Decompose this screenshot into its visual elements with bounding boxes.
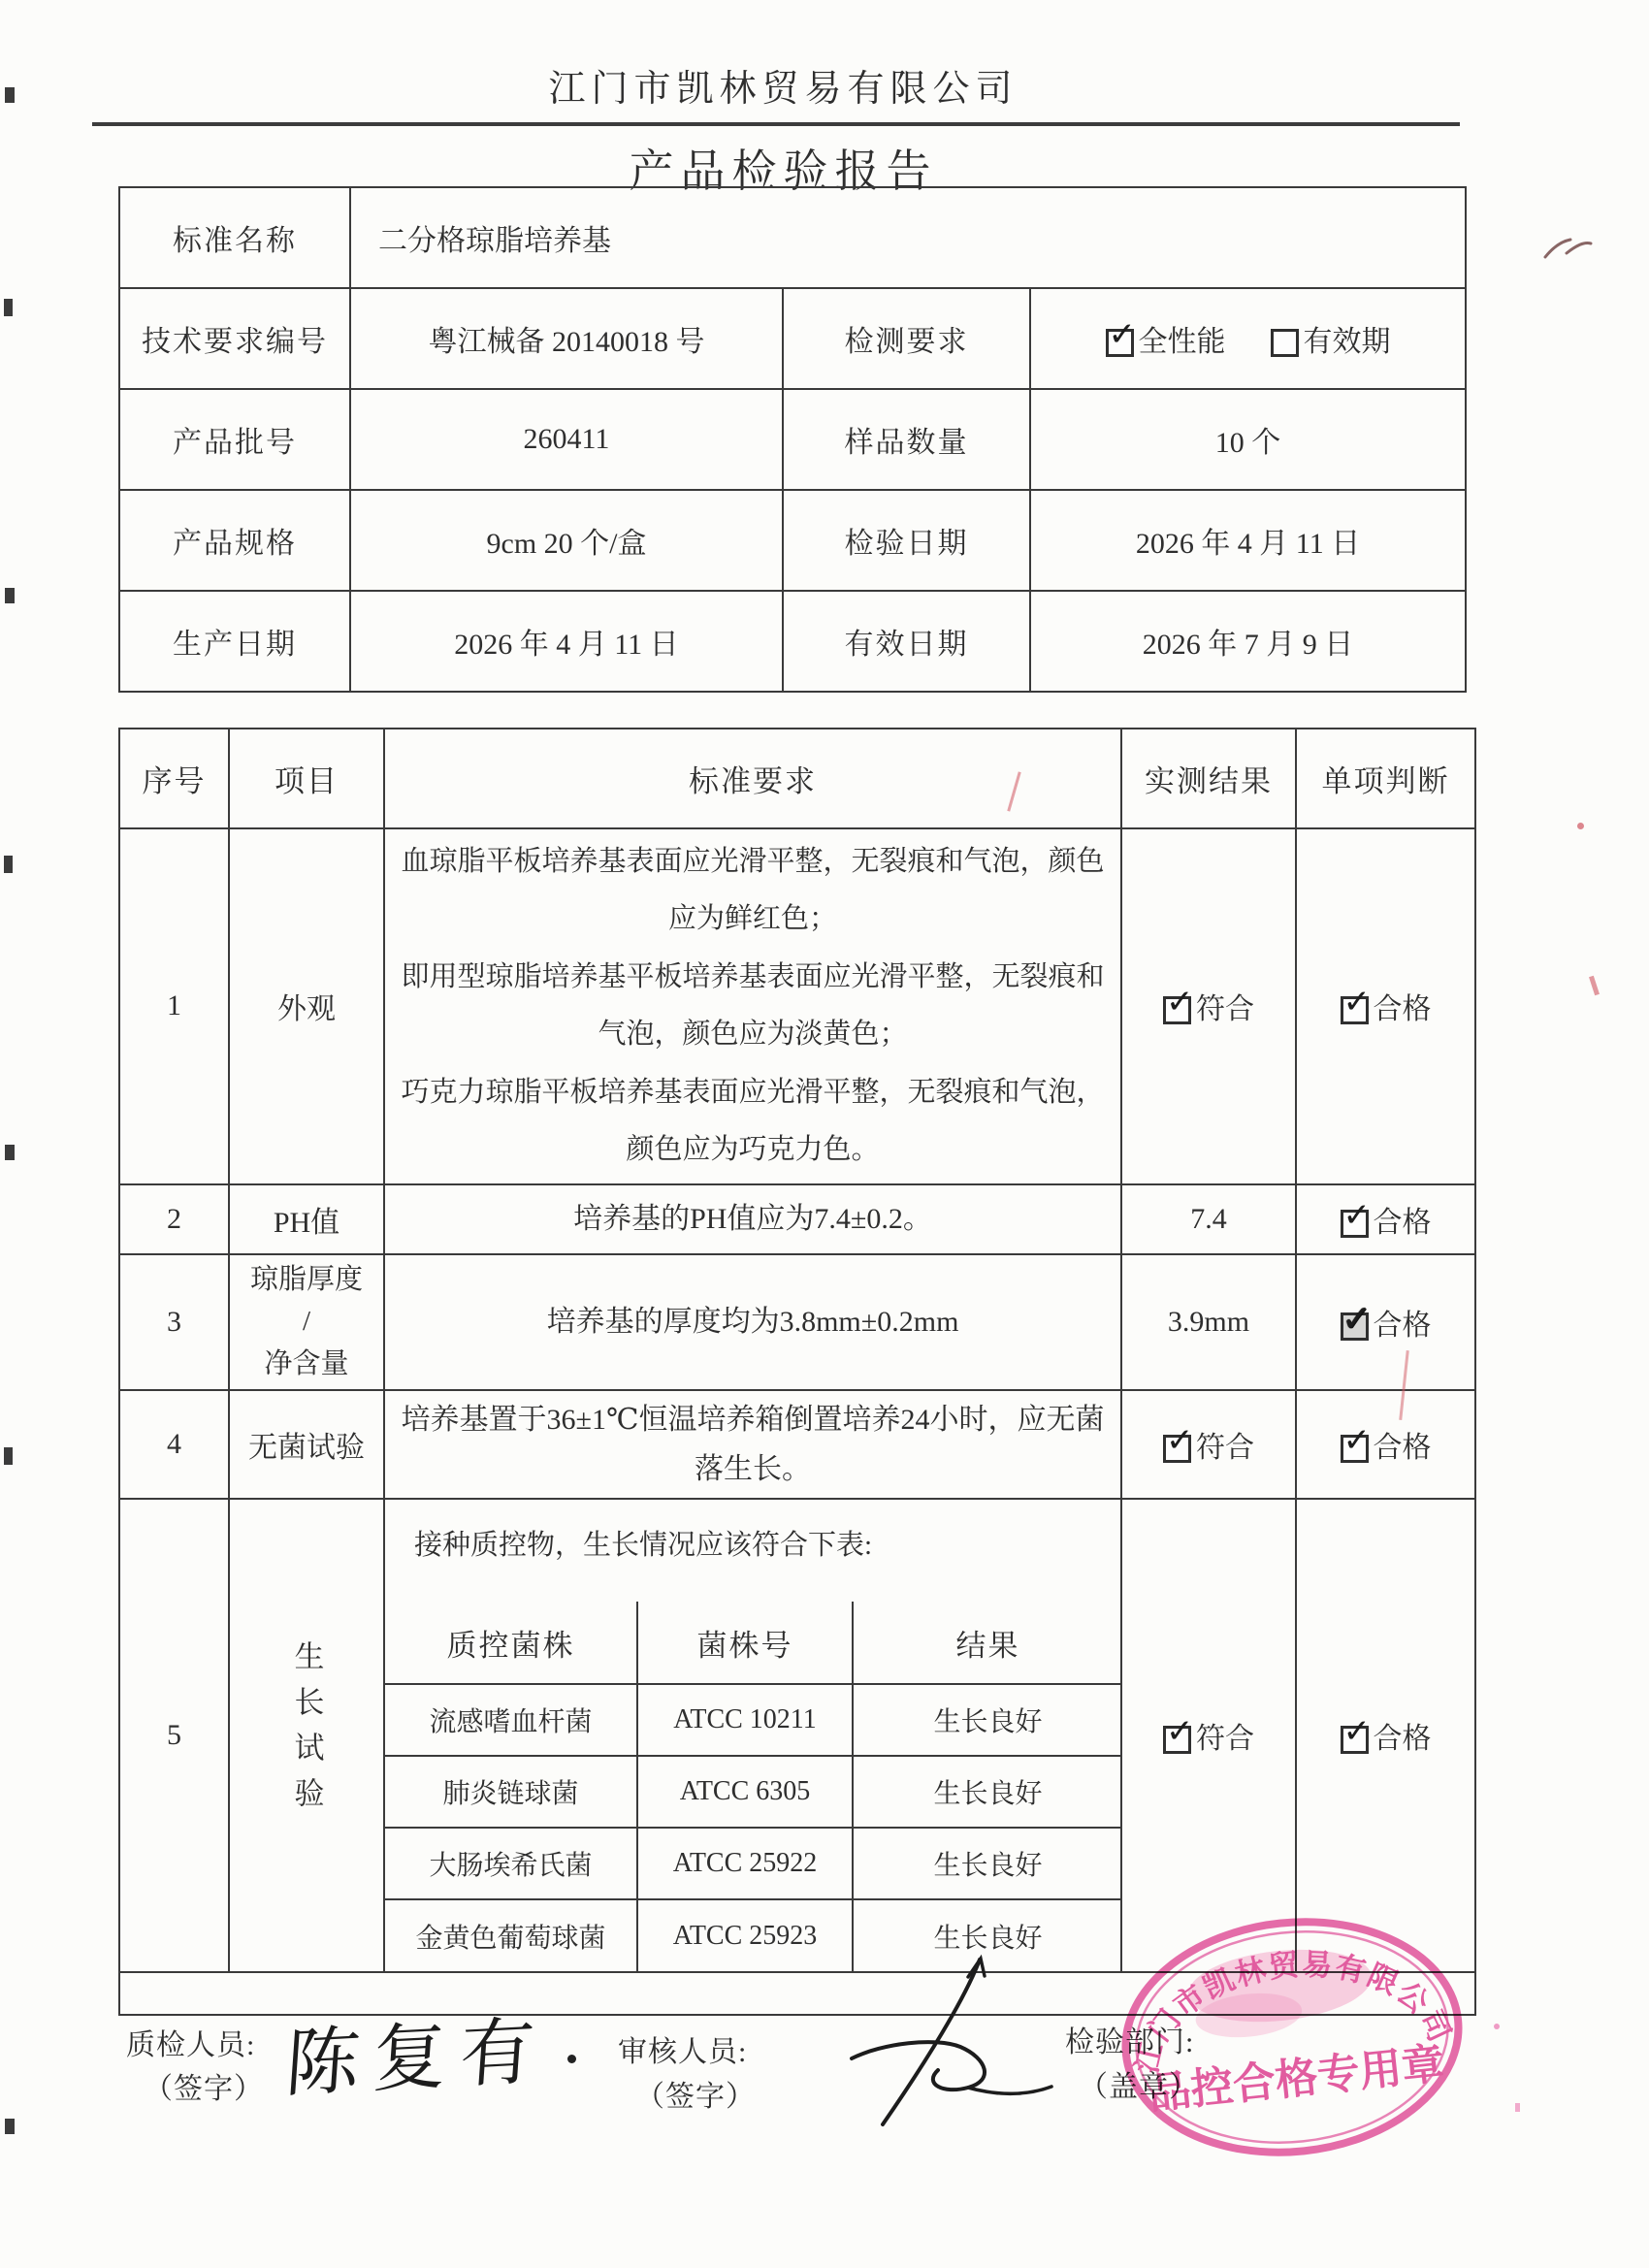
row-judgment: ✓合格 <box>1296 828 1475 1184</box>
table-row-appearance: 1 外观 血琼脂平板培养基表面应光滑平整，无裂痕和气泡，颜色应为鲜红色； 即用型… <box>119 828 1475 1184</box>
info-label-inspection-date: 检验日期 <box>783 490 1030 591</box>
info-label-test-requirement: 检测要求 <box>783 288 1030 389</box>
strain-result: 生长良好 <box>853 1756 1121 1828</box>
reviewer-sub-label: （签字） <box>635 2072 756 2115</box>
row-no: 4 <box>119 1390 229 1499</box>
checkbox-checked-icon: ✓ <box>1341 1726 1369 1754</box>
strain-no: ATCC 10211 <box>637 1684 853 1756</box>
judgment-label: 合格 <box>1374 1310 1432 1342</box>
checkbox-checked-filled-icon: ✓ <box>1341 1312 1369 1341</box>
info-value-expiry-date: 2026 年 7 月 9 日 <box>1030 591 1466 692</box>
checkbox-checked-icon: ✓ <box>1163 1726 1191 1754</box>
inspector-sub-label: （签字） <box>144 2064 264 2107</box>
strain-no: ATCC 6305 <box>637 1756 853 1828</box>
row-requirement: 培养基的厚度均为3.8mm±0.2mm <box>384 1254 1121 1391</box>
row-judgment: ✓合格 <box>1296 1499 1475 1972</box>
row-requirement: 接种质控物，生长情况应该符合下表: 质控菌株 菌株号 结果 流感嗜血杆菌 ATC… <box>384 1499 1121 1972</box>
item-line: / <box>238 1301 375 1344</box>
check-icon: ✓ <box>1342 1300 1373 1337</box>
info-value-tech-requirement-no: 粤江械备 20140018 号 <box>350 288 783 389</box>
stamp-splatter <box>1515 2103 1520 2112</box>
check-icon: ✓ <box>1343 1715 1372 1748</box>
title-divider-line <box>92 122 1460 126</box>
info-value-sample-qty: 10 个 <box>1030 389 1466 490</box>
result-label: 符合 <box>1196 1723 1254 1755</box>
table-header-row: 序号 项目 标准要求 实测结果 单项判断 <box>119 729 1475 828</box>
check-icon: ✓ <box>1343 986 1372 1019</box>
info-label-production-date: 生产日期 <box>119 591 350 692</box>
judgment-label: 合格 <box>1374 1723 1432 1755</box>
check-icon: ✓ <box>1343 1199 1372 1232</box>
subtable-header-row: 质控菌株 菌株号 结果 <box>385 1602 1121 1684</box>
judgment-label: 合格 <box>1374 1432 1432 1464</box>
subcol-strain-no: 菌株号 <box>637 1602 853 1684</box>
red-mark-artifact <box>1589 976 1600 996</box>
row-judgment: ✓合格 <box>1296 1390 1475 1499</box>
inspection-results-table: 序号 项目 标准要求 实测结果 单项判断 1 外观 血琼脂平板培养基表面应光滑平… <box>118 728 1476 2016</box>
info-label-expiry-date: 有效日期 <box>783 591 1030 692</box>
subtable-row: 流感嗜血杆菌 ATCC 10211 生长良好 <box>385 1684 1121 1756</box>
info-value-batch-no: 260411 <box>350 389 783 490</box>
scanned-report-page: 江门市凯林贸易有限公司 产品检验报告 标准名称 二分格琼脂培养基 技术要求编号 … <box>0 0 1649 2268</box>
subtable-row: 肺炎链球菌 ATCC 6305 生长良好 <box>385 1756 1121 1828</box>
row-requirement: 培养基置于36±1℃恒温培养箱倒置培养24小时，应无菌落生长。 <box>384 1390 1121 1499</box>
strain-name: 流感嗜血杆菌 <box>385 1684 637 1756</box>
scan-edge-mark <box>4 856 13 873</box>
info-label-tech-requirement-no: 技术要求编号 <box>119 288 350 389</box>
info-value-inspection-date: 2026 年 4 月 11 日 <box>1030 490 1466 591</box>
check-icon: ✓ <box>1343 1424 1372 1457</box>
company-title: 江门市凯林贸易有限公司 <box>0 58 1567 112</box>
row-requirement: 培养基的PH值应为7.4±0.2。 <box>384 1184 1121 1254</box>
strain-result: 生长良好 <box>853 1828 1121 1899</box>
row-no: 5 <box>119 1499 229 1972</box>
table-row: 产品规格 9cm 20 个/盒 检验日期 2026 年 4 月 11 日 <box>119 490 1466 591</box>
info-value-standard-name: 二分格琼脂培养基 <box>350 187 1466 288</box>
scan-edge-mark <box>5 2119 15 2134</box>
product-info-table: 标准名称 二分格琼脂培养基 技术要求编号 粤江械备 20140018 号 检测要… <box>118 186 1467 693</box>
scan-edge-mark <box>5 588 15 603</box>
requirement-line: 巧克力琼脂平板培养基表面应光滑平整，无裂痕和气泡，颜色应为巧克力色。 <box>393 1064 1113 1180</box>
subcol-result: 结果 <box>853 1602 1121 1684</box>
signature-dot <box>567 2055 576 2063</box>
row-result: 7.4 <box>1121 1184 1296 1254</box>
checkbox-checked-icon: ✓ <box>1341 996 1369 1024</box>
strain-name: 大肠埃希氏菌 <box>385 1828 637 1899</box>
col-header-judgment: 单项判断 <box>1296 729 1475 828</box>
info-label-sample-qty: 样品数量 <box>783 389 1030 490</box>
item-vertical-label: 生长试验 <box>285 1640 329 1823</box>
row-result: 3.9mm <box>1121 1254 1296 1391</box>
check-icon: ✓ <box>1166 1715 1194 1748</box>
checkbox-checked-icon: ✓ <box>1341 1435 1369 1463</box>
row-judgment: ✓合格 <box>1296 1254 1475 1391</box>
scan-edge-mark <box>5 87 15 103</box>
requirement-line: 即用型琼脂培养基平板培养基表面应光滑平整，无裂痕和气泡，颜色应为淡黄色； <box>393 949 1113 1064</box>
row-item: 无菌试验 <box>229 1390 384 1499</box>
info-label-standard-name: 标准名称 <box>119 187 350 288</box>
row-item: PH值 <box>229 1184 384 1254</box>
subcol-strain: 质控菌株 <box>385 1602 637 1684</box>
row-result: ✓符合 <box>1121 828 1296 1184</box>
check-icon: ✓ <box>1166 986 1194 1019</box>
subtable-row: 大肠埃希氏菌 ATCC 25922 生长良好 <box>385 1828 1121 1899</box>
reviewer-signature-scribble <box>815 1950 1067 2134</box>
table-row-ph: 2 PH值 培养基的PH值应为7.4±0.2。 7.4 ✓合格 <box>119 1184 1475 1254</box>
row-item: 外观 <box>229 828 384 1184</box>
table-row-growth: 5 生长试验 接种质控物，生长情况应该符合下表: 质控菌株 菌株号 结果 流感嗜… <box>119 1499 1475 1972</box>
checkbox-checked-icon: ✓ <box>1106 329 1134 357</box>
row-no: 3 <box>119 1254 229 1391</box>
info-value-production-date: 2026 年 4 月 11 日 <box>350 591 783 692</box>
table-row-sterility: 4 无菌试验 培养基置于36±1℃恒温培养箱倒置培养24小时，应无菌落生长。 ✓… <box>119 1390 1475 1499</box>
red-mark-artifact <box>1577 823 1584 829</box>
checkbox-checked-icon: ✓ <box>1341 1210 1369 1238</box>
option-validity-period: 有效期 <box>1304 326 1391 358</box>
inspector-signature: 陈复有 <box>282 1992 551 2112</box>
checkbox-checked-icon: ✓ <box>1163 996 1191 1024</box>
company-approval-stamp: 江门市凯林贸易有限公司 品控合格专用章 <box>1106 1909 1478 2185</box>
pen-mark-artifact <box>1537 228 1596 276</box>
result-label: 符合 <box>1196 1432 1254 1464</box>
strain-name: 肺炎链球菌 <box>385 1756 637 1828</box>
row-requirement: 血琼脂平板培养基表面应光滑平整，无裂痕和气泡，颜色应为鲜红色； 即用型琼脂培养基… <box>384 828 1121 1184</box>
col-header-seq: 序号 <box>119 729 229 828</box>
info-label-product-spec: 产品规格 <box>119 490 350 591</box>
table-row: 生产日期 2026 年 4 月 11 日 有效日期 2026 年 7 月 9 日 <box>119 591 1466 692</box>
inspector-label: 质检人员: <box>126 2021 255 2063</box>
row-no: 2 <box>119 1184 229 1254</box>
stamp-splatter <box>1494 2024 1500 2029</box>
table-row: 技术要求编号 粤江械备 20140018 号 检测要求 ✓全性能有效期 <box>119 288 1466 389</box>
result-label: 符合 <box>1196 993 1254 1025</box>
item-line: 琼脂厚度 <box>238 1259 375 1302</box>
requirement-line: 血琼脂平板培养基表面应光滑平整，无裂痕和气泡，颜色应为鲜红色； <box>393 833 1113 949</box>
row-no: 1 <box>119 828 229 1184</box>
row-result: ✓符合 <box>1121 1499 1296 1972</box>
col-header-standard: 标准要求 <box>384 729 1121 828</box>
strain-no: ATCC 25922 <box>637 1828 853 1899</box>
row-result: ✓符合 <box>1121 1390 1296 1499</box>
scan-edge-mark <box>5 1145 15 1160</box>
item-line: 净含量 <box>238 1344 375 1386</box>
check-icon: ✓ <box>1109 318 1137 351</box>
table-row-thickness: 3 琼脂厚度 / 净含量 培养基的厚度均为3.8mm±0.2mm 3.9mm ✓… <box>119 1254 1475 1391</box>
checkbox-checked-icon: ✓ <box>1163 1435 1191 1463</box>
col-header-measured: 实测结果 <box>1121 729 1296 828</box>
strain-result: 生长良好 <box>853 1684 1121 1756</box>
judgment-label: 合格 <box>1374 993 1432 1025</box>
strain-name: 金黄色葡萄球菌 <box>385 1899 637 1971</box>
judgment-label: 合格 <box>1374 1207 1432 1239</box>
col-header-item: 项目 <box>229 729 384 828</box>
option-full-performance: 全性能 <box>1139 326 1226 358</box>
scan-edge-mark <box>4 299 13 316</box>
row-judgment: ✓合格 <box>1296 1184 1475 1254</box>
info-value-product-spec: 9cm 20 个/盒 <box>350 490 783 591</box>
row-item: 生长试验 <box>229 1499 384 1972</box>
reviewer-label: 审核人员: <box>618 2027 747 2070</box>
scan-edge-mark <box>4 1447 13 1465</box>
nested-table-intro: 接种质控物，生长情况应该符合下表: <box>385 1500 1120 1602</box>
info-value-test-requirement: ✓全性能有效期 <box>1030 288 1466 389</box>
info-label-batch-no: 产品批号 <box>119 389 350 490</box>
checkbox-unchecked-icon <box>1271 329 1299 357</box>
check-icon: ✓ <box>1166 1424 1194 1457</box>
row-item: 琼脂厚度 / 净含量 <box>229 1254 384 1391</box>
growth-test-subtable: 质控菌株 菌株号 结果 流感嗜血杆菌 ATCC 10211 生长良好 肺炎链球菌… <box>385 1602 1121 1971</box>
table-row: 标准名称 二分格琼脂培养基 <box>119 187 1466 288</box>
table-row: 产品批号 260411 样品数量 10 个 <box>119 389 1466 490</box>
